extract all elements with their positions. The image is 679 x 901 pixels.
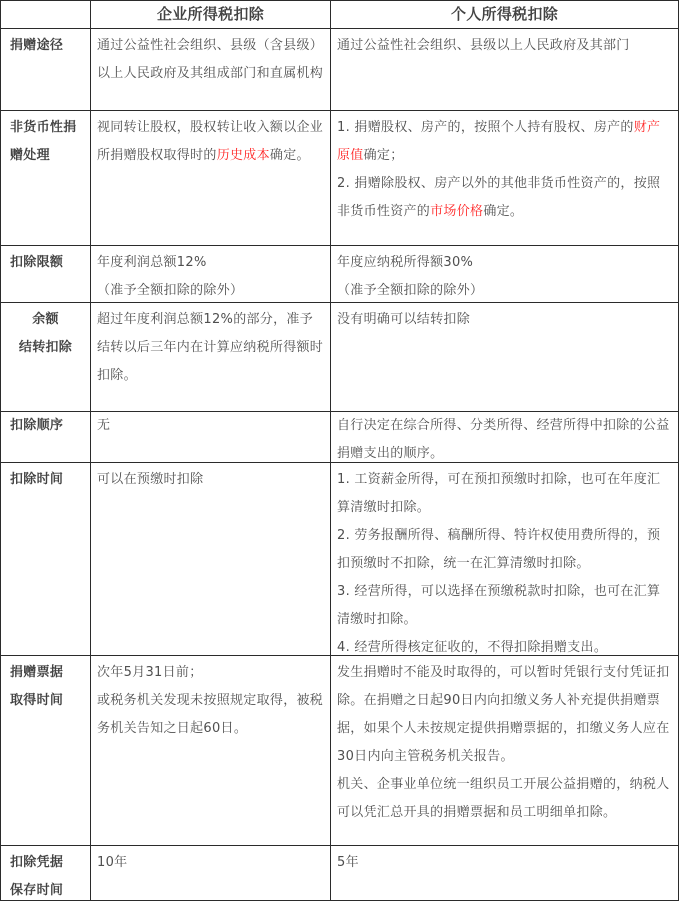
- header-corner-cell: [1, 1, 91, 29]
- row-deduction-limit: 扣除限额 年度利润总额12% （准予全额扣除的除外） 年度应纳税所得额30% （…: [1, 246, 678, 303]
- individual-non-monetary-donation-treatment: 1. 捐赠股权、房产的，按照个人持有股权、房产的财产原值确定； 2. 捐赠除股权…: [331, 111, 678, 246]
- label-donation-receipt-time: 捐赠票据 取得时间: [1, 656, 91, 846]
- row-balance-carryforward-deduction: 余额 结转扣除 超过年度利润总额12%的部分，准予结转以后三年内在计算应纳税所得…: [1, 303, 678, 412]
- label-donation-channel: 捐赠途径: [1, 29, 91, 111]
- individual-deduction-timing: 1. 工资薪金所得，可在预扣预缴时扣除，也可在年度汇算清缴时扣除。 2. 劳务报…: [331, 463, 678, 656]
- header-individual-income-tax: 个人所得税扣除: [331, 1, 678, 29]
- label-deduction-timing: 扣除时间: [1, 463, 91, 656]
- label-voucher-retention-period: 扣除凭据 保存时间: [1, 846, 91, 900]
- row-voucher-retention-period: 扣除凭据 保存时间 10年 5年: [1, 846, 678, 900]
- row-deduction-timing: 扣除时间 可以在预缴时扣除 1. 工资薪金所得，可在预扣预缴时扣除，也可在年度汇…: [1, 463, 678, 656]
- row-deduction-order: 扣除顺序 无 自行决定在综合所得、分类所得、经营所得中扣除的公益捐赠支出的顺序。: [1, 412, 678, 463]
- corporate-donation-receipt-time: 次年5月31日前； 或税务机关发现未按照规定取得，被税务机关告知之日起60日。: [91, 656, 331, 846]
- header-corporate-income-tax: 企业所得税扣除: [91, 1, 331, 29]
- corporate-voucher-retention-period: 10年: [91, 846, 331, 900]
- table-header-row: 企业所得税扣除 个人所得税扣除: [1, 1, 678, 29]
- individual-deduction-order: 自行决定在综合所得、分类所得、经营所得中扣除的公益捐赠支出的顺序。: [331, 412, 678, 463]
- corporate-non-monetary-donation-treatment: 视同转让股权，股权转让收入额以企业所捐赠股权取得时的历史成本确定。: [91, 111, 331, 246]
- corporate-donation-channel: 通过公益性社会组织、县级（含县级）以上人民政府及其组成部门和直属机构: [91, 29, 331, 111]
- label-deduction-order: 扣除顺序: [1, 412, 91, 463]
- label-deduction-limit: 扣除限额: [1, 246, 91, 303]
- corporate-deduction-limit: 年度利润总额12% （准予全额扣除的除外）: [91, 246, 331, 303]
- corporate-deduction-timing: 可以在预缴时扣除: [91, 463, 331, 656]
- individual-donation-channel: 通过公益性社会组织、县级以上人民政府及其部门: [331, 29, 678, 111]
- label-balance-carryforward-deduction: 余额 结转扣除: [1, 303, 91, 412]
- tax-deduction-comparison-table: 企业所得税扣除 个人所得税扣除 捐赠途径 通过公益性社会组织、县级（含县级）以上…: [0, 0, 679, 901]
- row-donation-channel: 捐赠途径 通过公益性社会组织、县级（含县级）以上人民政府及其组成部门和直属机构 …: [1, 29, 678, 111]
- individual-donation-receipt-time: 发生捐赠时不能及时取得的，可以暂时凭银行支付凭证扣除。在捐赠之日起90日内向扣缴…: [331, 656, 678, 846]
- individual-deduction-limit: 年度应纳税所得额30% （准予全额扣除的除外）: [331, 246, 678, 303]
- individual-balance-carryforward-deduction: 没有明确可以结转扣除: [331, 303, 678, 412]
- corporate-deduction-order: 无: [91, 412, 331, 463]
- row-donation-receipt-time: 捐赠票据 取得时间 次年5月31日前； 或税务机关发现未按照规定取得，被税务机关…: [1, 656, 678, 846]
- corporate-balance-carryforward-deduction: 超过年度利润总额12%的部分，准予结转以后三年内在计算应纳税所得额时扣除。: [91, 303, 331, 412]
- individual-voucher-retention-period: 5年: [331, 846, 678, 900]
- label-non-monetary-donation-treatment: 非货币性捐 赠处理: [1, 111, 91, 246]
- row-non-monetary-donation-treatment: 非货币性捐 赠处理 视同转让股权，股权转让收入额以企业所捐赠股权取得时的历史成本…: [1, 111, 678, 246]
